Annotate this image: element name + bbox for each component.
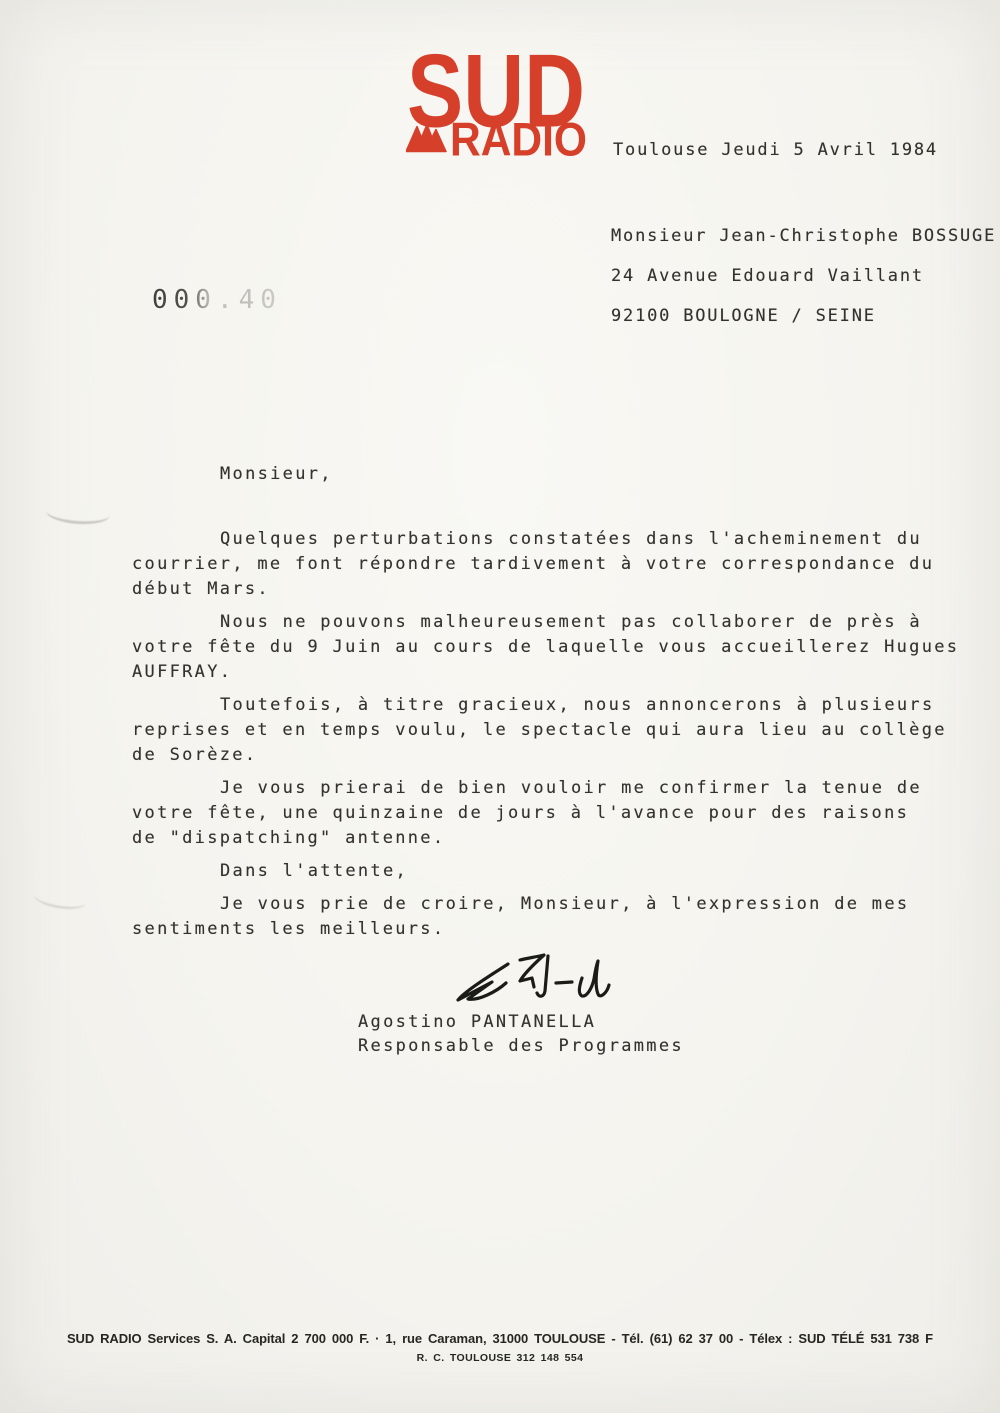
signer-block: Agostino PANTANELLA Responsable des Prog… bbox=[358, 1010, 684, 1058]
recipient-street: 24 Avenue Edouard Vaillant bbox=[611, 256, 996, 296]
footer-registration-line: R. C. TOULOUSE 312 148 554 bbox=[0, 1352, 1000, 1364]
recipient-name: Monsieur Jean-Christophe BOSSUGE bbox=[611, 216, 996, 256]
salutation: Monsieur, bbox=[132, 462, 972, 487]
recipient-block: Monsieur Jean-Christophe BOSSUGE 24 Aven… bbox=[611, 216, 996, 336]
scan-artifact bbox=[45, 500, 110, 526]
paragraph-1: Quelques perturbations constatées dans l… bbox=[132, 527, 972, 602]
recipient-city: 92100 BOULOGNE / SEINE bbox=[611, 296, 996, 336]
footer-company-line: SUD RADIO Services S. A. Capital 2 700 0… bbox=[0, 1331, 1000, 1346]
paragraph-5: Dans l'attente, bbox=[132, 859, 972, 884]
paragraph-2: Nous ne pouvons malheureusement pas coll… bbox=[132, 610, 972, 685]
letter-page: SUD RADIO Toulouse Jeudi 5 Avril 1984 Mo… bbox=[0, 0, 1000, 1413]
paragraph-6: Je vous prie de croire, Monsieur, à l'ex… bbox=[132, 892, 972, 942]
paragraph-3: Toutefois, à titre gracieux, nous annonc… bbox=[132, 693, 972, 768]
paragraph-4: Je vous prierai de bien vouloir me confi… bbox=[132, 776, 972, 851]
logo-radio-text: RADIO bbox=[450, 113, 587, 161]
sud-radio-logo: SUD RADIO bbox=[406, 44, 592, 160]
letter-body: Monsieur, Quelques perturbations constat… bbox=[132, 462, 972, 950]
scan-artifact bbox=[33, 886, 87, 912]
dateline: Toulouse Jeudi 5 Avril 1984 bbox=[613, 140, 938, 160]
signature-scribble-icon bbox=[448, 950, 628, 1012]
reference-stamp: 000.40 bbox=[152, 285, 282, 315]
signer-title: Responsable des Programmes bbox=[358, 1034, 684, 1058]
signer-name: Agostino PANTANELLA bbox=[358, 1010, 684, 1034]
